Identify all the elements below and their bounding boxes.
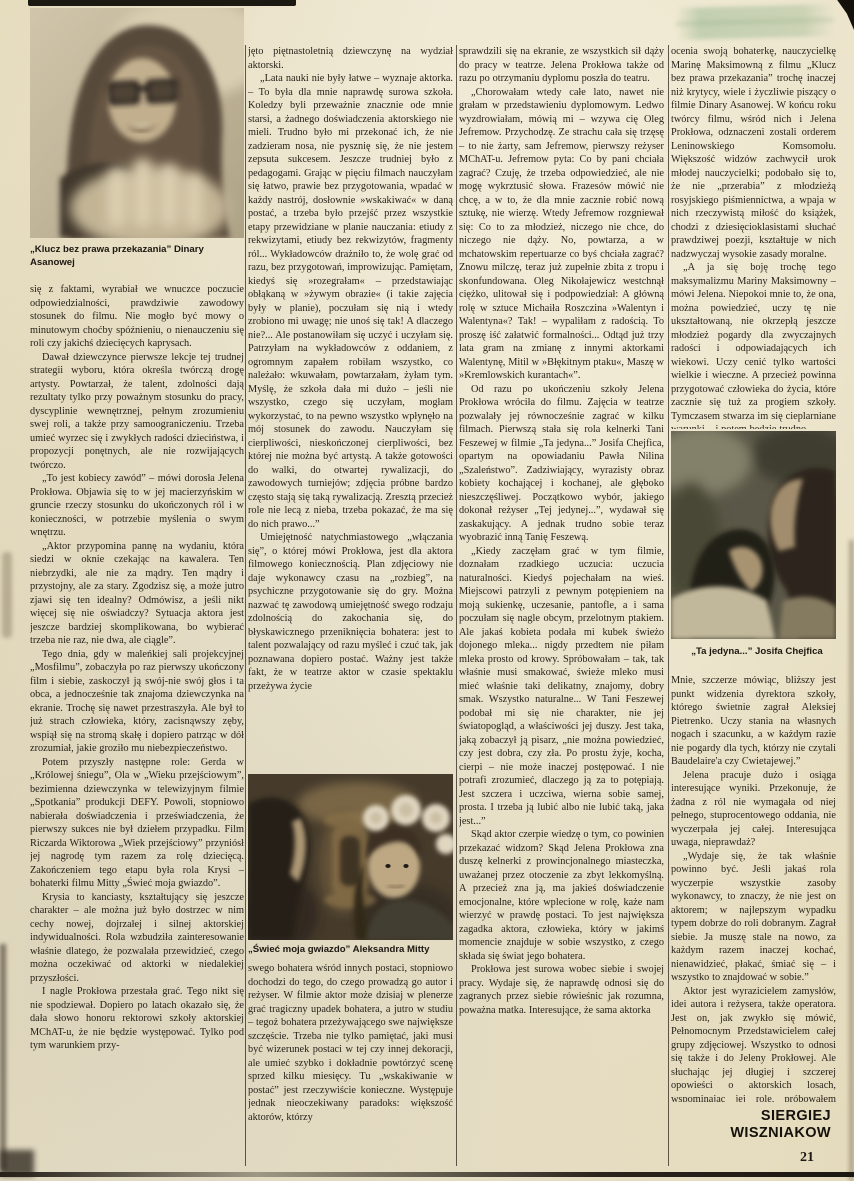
photo-ta-jedyna [671, 431, 836, 639]
page-number: 21 [800, 1150, 814, 1166]
scan-edge-artifact [0, 1150, 34, 1176]
paragraph: „Lata nauki nie były łatwe – wyznaje akt… [248, 72, 453, 531]
author-first-name: SIERGIEJ [761, 1108, 831, 1124]
paragraph: „Wydaje się, że tak właśnie powinno być.… [671, 850, 836, 985]
paragraph: Potem przyszły następne role: Gerda w „K… [30, 756, 244, 891]
paragraph: „Aktor przypomina pannę na wydaniu, któr… [30, 540, 244, 648]
text-column-4-top: ocenia swoją bohaterkę, nauczycielkę Mar… [671, 45, 836, 429]
scan-edge-artifact [830, 0, 854, 30]
text-column-3: sprawdzili się na ekranie, ze wszystkich… [459, 45, 664, 1166]
text-column-1: się z faktami, wyrabiał we wnuczce poczu… [30, 283, 244, 1166]
paragraph: Aktor jest wyrazicielem zamysłów, idei a… [671, 985, 836, 1103]
photo1-caption: „Klucz bez prawa przekazania” Dinary Asa… [30, 244, 244, 269]
paragraph: Dawał dziewczynce pierwsze lekcje tej tr… [30, 351, 244, 473]
print-show-through [676, 4, 835, 40]
author-credit: SIERGIEJ WISZNIAKOW [671, 1108, 831, 1142]
photo2-caption: „Świeć moja gwiazdo” Aleksandra Mitty [248, 944, 453, 957]
scan-edge-artifact [28, 0, 296, 6]
magazine-page-scan: „Klucz bez prawa przekazania” Dinary Asa… [0, 0, 854, 1181]
paragraph: „To jest kobiecy zawód” – mówi dorosła J… [30, 472, 244, 540]
photo3-illustration [671, 431, 836, 639]
paragraph: Tego dnia, gdy w maleńkiej sali projekcy… [30, 648, 244, 756]
margin-smudge [2, 552, 12, 638]
author-last-name: WISZNIAKOW [730, 1125, 831, 1141]
paragraph: Umiejętność natychmiastowego „włączania … [248, 531, 453, 693]
column-rule [245, 45, 246, 1166]
scan-edge-artifact [0, 944, 6, 1170]
photo1-illustration [30, 8, 244, 238]
paragraph: sprawdzili się na ekranie, ze wszystkich… [459, 45, 664, 86]
paragraph: Skąd aktor czerpie wiedzę o tym, co powi… [459, 828, 664, 963]
photo-swiec-moja-gwiazdo [248, 774, 453, 940]
text-column-4-bottom: Mnie, szczerze mówiąc, bliższy jest punk… [671, 674, 836, 1102]
column-rule [456, 45, 457, 1166]
paragraph: swego bohatera wśród innych postaci, sto… [248, 962, 453, 1124]
paragraph: I nagle Prokłowa przestała grać. Tego ni… [30, 985, 244, 1053]
paragraph: „Kiedy zaczęłam grać w tym filmie, dozna… [459, 545, 664, 829]
paragraph: Mnie, szczerze mówiąc, bliższy jest punk… [671, 674, 836, 769]
photo2-illustration [248, 774, 453, 940]
column-rule [668, 45, 669, 1166]
photo-klucz-bez-prawa-przekazania [30, 8, 244, 238]
paragraph: Krysia to kanciasty, kształtujący się je… [30, 891, 244, 986]
paragraph: jęto piętnastoletnią dziewczynę na wydzi… [248, 45, 453, 72]
text-column-2-bottom: swego bohatera wśród innych postaci, sto… [248, 962, 453, 1166]
paragraph: Prokłowa jest surowa wobec siebie i swoj… [459, 963, 664, 1017]
scan-edge-artifact [849, 540, 854, 1181]
paragraph: ocenia swoją bohaterkę, nauczycielkę Mar… [671, 45, 836, 261]
paragraph: „A ja się boję trochę tego maksymalizmu … [671, 261, 836, 429]
paragraph: „Chorowałam wtedy całe lato, nawet nie g… [459, 86, 664, 383]
scan-edge-artifact [0, 1172, 854, 1177]
photo3-caption: „Ta jedyna...” Josifa Chejfica [678, 646, 836, 659]
text-column-2-top: jęto piętnastoletnią dziewczynę na wydzi… [248, 45, 453, 771]
paragraph: Jelena pracuje dużo i osiąga interesując… [671, 769, 836, 850]
paragraph: się z faktami, wyrabiał we wnuczce poczu… [30, 283, 244, 351]
paragraph: Od razu po ukończeniu szkoły Jelena Prok… [459, 383, 664, 545]
